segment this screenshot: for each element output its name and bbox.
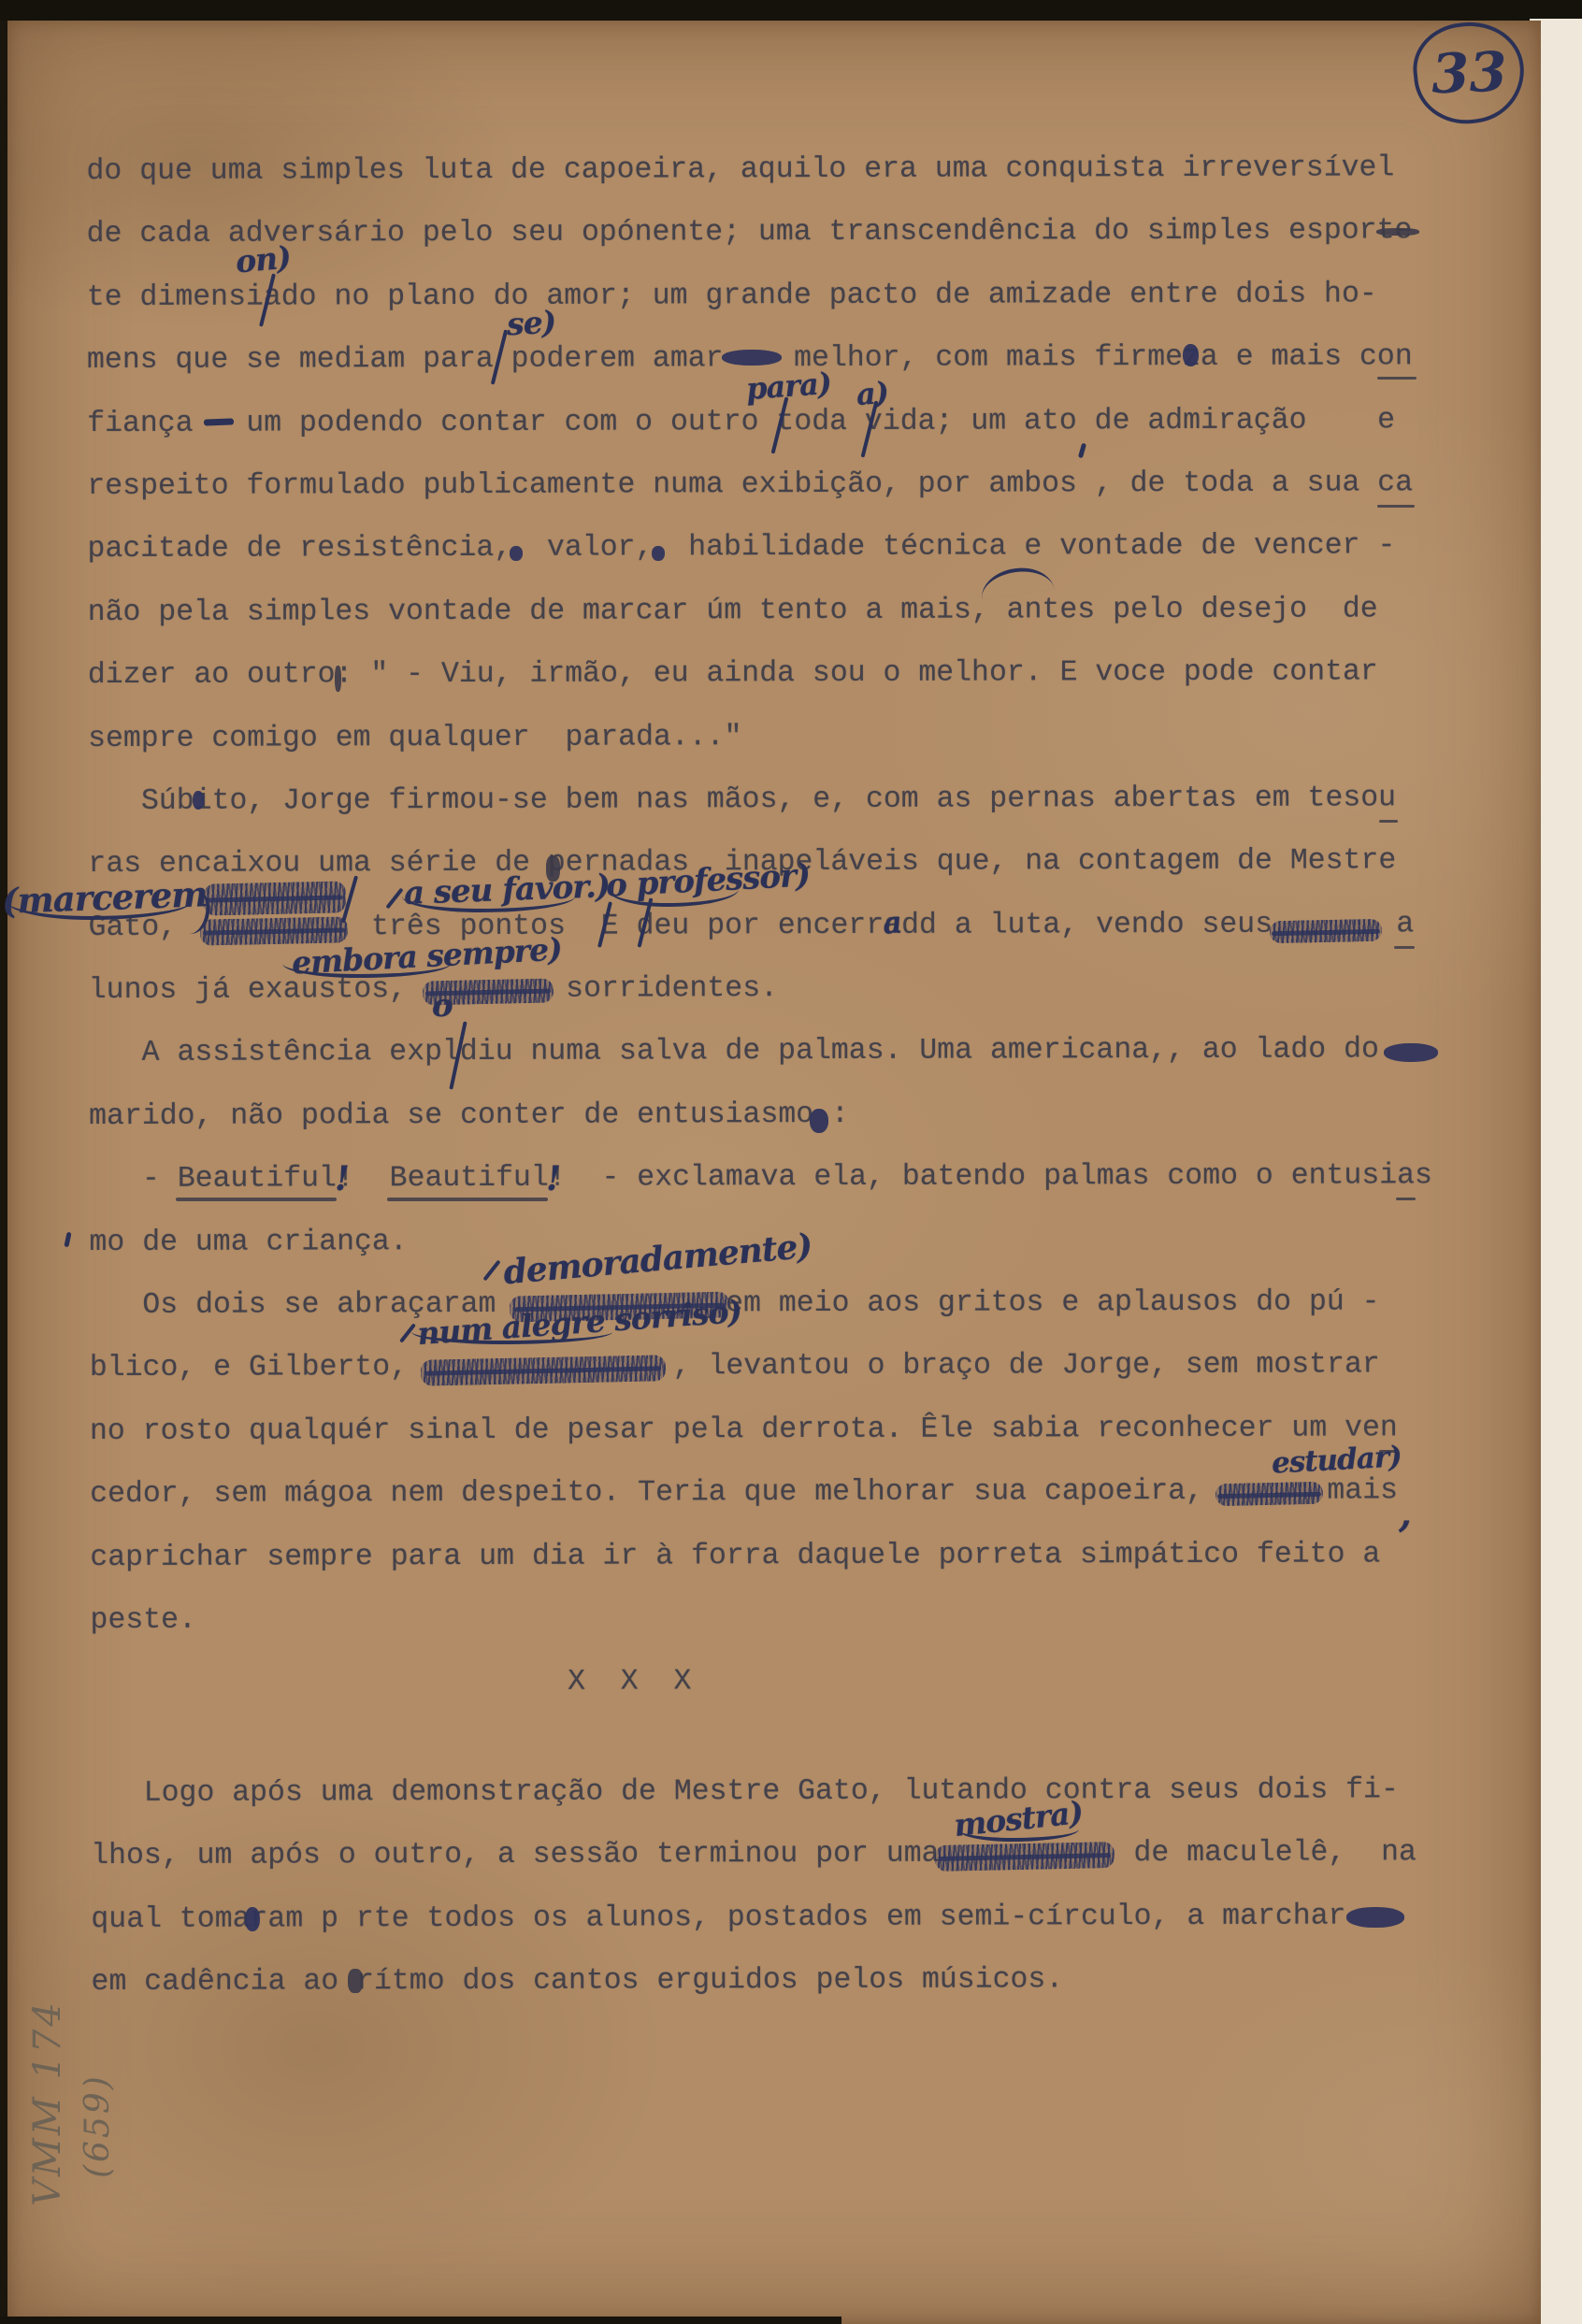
typed-line: em cadência ao rítmo dos cantos erguidos… — [91, 1947, 1549, 2014]
bang-beautiful-2: ! — [546, 1159, 560, 1198]
manuscript-page: do que uma simples luta de capoeira, aqu… — [0, 0, 1582, 2324]
typed-line: X X X — [91, 1648, 1549, 1714]
overstrike-outro — [335, 666, 341, 692]
underline-ca — [1377, 505, 1415, 508]
typed-line: respeito formulado publicamente numa exi… — [87, 452, 1546, 518]
strikeout-end-marchar — [1346, 1907, 1404, 1928]
overwrite-firmeza-z — [1183, 344, 1199, 366]
strikeout-capoeira — [1215, 1482, 1323, 1506]
typed-line: blico, e Gilberto, , levantou o braço de… — [90, 1333, 1548, 1399]
underline-a — [1394, 946, 1415, 949]
typed-line: lhos, um após o outro, a sessão terminou… — [91, 1821, 1549, 1887]
insert-se: se) — [506, 304, 556, 343]
typed-line: mo de uma criança. — [89, 1208, 1547, 1274]
strikeout-after-gato — [200, 916, 349, 945]
insert-encerrada-a: a — [881, 904, 903, 941]
scan-edge-left — [0, 21, 7, 2324]
typed-line: não pela simples vontade de marcar úm te… — [88, 578, 1546, 644]
underline-entusias-s — [1396, 1198, 1416, 1200]
dash-fianca — [204, 418, 234, 425]
insert-mais-comma: , — [1399, 1492, 1411, 1536]
strikeout-end-americana — [1384, 1043, 1438, 1062]
insert-on: on) — [234, 239, 292, 280]
ink-dot-1 — [510, 546, 523, 561]
typed-line: Os dois se abraçaram em meio aos gritos … — [90, 1270, 1548, 1337]
strikeout-after-seus — [1270, 919, 1382, 944]
underline-con — [1377, 377, 1417, 380]
typed-text: do que uma simples luta de capoeira, aqu… — [86, 136, 1549, 2014]
insert-o-explodiu: o — [432, 987, 453, 1025]
scan-edge-bottom — [0, 2317, 841, 2324]
typed-line: dizer ao outro: " - Viu, irmão, eu ainda… — [88, 640, 1546, 707]
strikeout-esporte-te — [1376, 228, 1419, 236]
insert-para: para) — [745, 366, 832, 407]
overwrite-ritmo-r — [348, 1969, 363, 1993]
bang-beautiful-1: ! — [335, 1159, 349, 1198]
ink-dot-2 — [652, 546, 665, 561]
insert-estudar: estudar) — [1271, 1440, 1402, 1480]
typed-line: sempre comigo em qualquer parada..." — [88, 703, 1546, 769]
underline-beautiful-1 — [176, 1198, 337, 1201]
margin-number: (659) — [79, 2073, 117, 2178]
typed-line: caprichar sempre para um dia ir à forra … — [90, 1523, 1548, 1589]
typed-line: A assistência expldiu numa salva de palm… — [89, 1018, 1547, 1084]
page-number: 33 — [1430, 40, 1507, 107]
typed-line: te dimensiado no plano do amor; um grand… — [87, 263, 1546, 329]
overwrite-entusiasmos — [810, 1109, 828, 1133]
typed-line: peste. — [90, 1585, 1548, 1652]
typed-line: pacitade de resistência, valor, habilida… — [87, 514, 1546, 581]
strikeout-after-amar — [722, 350, 782, 366]
underline-beautiful-2 — [387, 1198, 548, 1201]
scan-edge-top — [0, 0, 1582, 21]
underline-tesou-u — [1379, 820, 1398, 823]
overwrite-subito-i — [193, 791, 204, 810]
overwrite-tomaram-r — [245, 1907, 260, 1931]
typed-line: qual tomaram p rte todos os alunos, post… — [91, 1885, 1549, 1951]
typed-line: Logo após uma demonstração de Mestre Gat… — [91, 1758, 1549, 1825]
typed-line: de cada adversário pelo seu opónente; um… — [87, 199, 1546, 265]
strikeout-gilberto — [421, 1355, 667, 1385]
margin-code: VMM 174 — [26, 2000, 69, 2206]
typed-line: do que uma simples luta de capoeira, aqu… — [86, 136, 1545, 203]
strikeout-before-maculele — [935, 1842, 1115, 1872]
handword-scratched — [204, 881, 347, 915]
typed-line: Súbito, Jorge firmou-se bem nas mãos, e,… — [88, 767, 1546, 833]
